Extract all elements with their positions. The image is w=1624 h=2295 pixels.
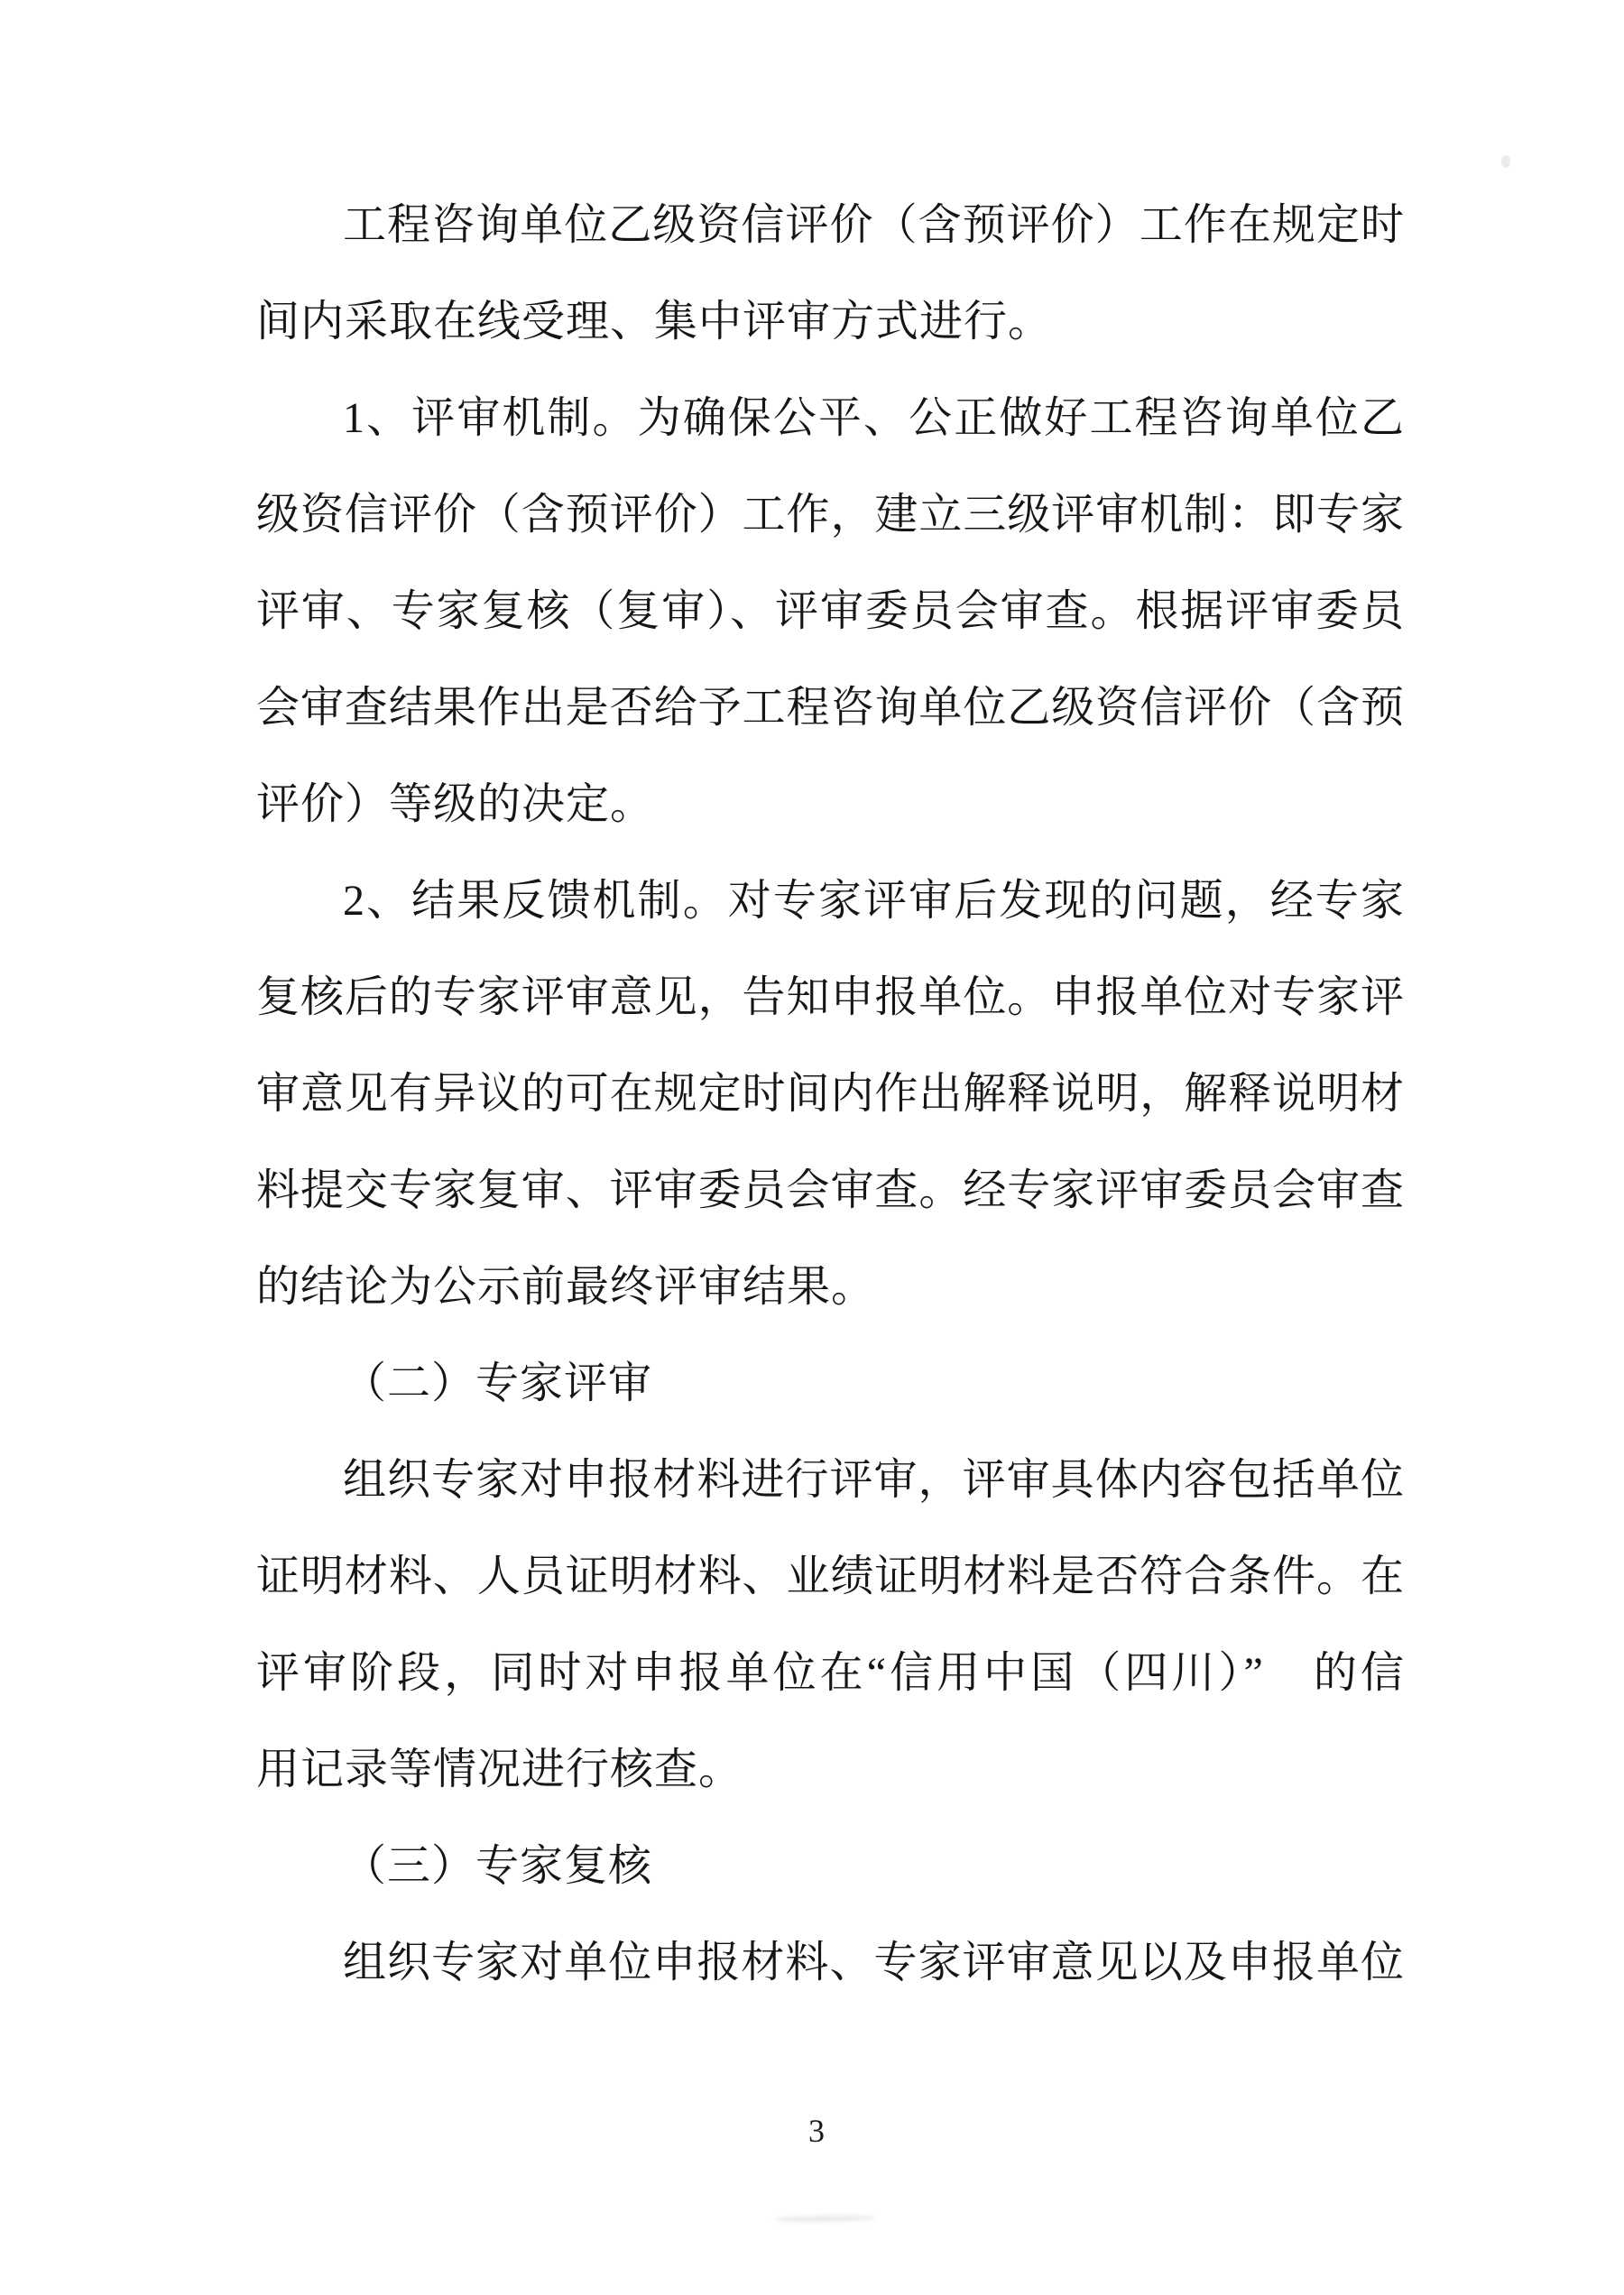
text-line: 料提交专家复审、评审委员会审查。经专家评审委员会审查 bbox=[256, 1142, 1404, 1239]
text-line: 的结论为公示前最终评审结果。 bbox=[256, 1239, 1404, 1335]
text-line: 工程咨询单位乙级资信评价（含预评价）工作在规定时 bbox=[256, 177, 1404, 273]
text-line: 评价）等级的决定。 bbox=[256, 756, 1404, 853]
scan-artifact-smudge bbox=[774, 2215, 875, 2223]
document-body: 工程咨询单位乙级资信评价（含预评价）工作在规定时 间内采取在线受理、集中评审方式… bbox=[256, 177, 1404, 2011]
text-line: 间内采取在线受理、集中评审方式进行。 bbox=[256, 273, 1404, 370]
text-line: 用记录等情况进行核查。 bbox=[256, 1721, 1404, 1818]
text-line: 1、评审机制。为确保公平、公正做好工程咨询单位乙 bbox=[256, 370, 1404, 466]
scan-artifact-speck bbox=[1501, 155, 1510, 168]
page-number: 3 bbox=[0, 2109, 1624, 2152]
text-line: 组织专家对申报材料进行评审，评审具体内容包括单位 bbox=[256, 1432, 1404, 1528]
text-line: 证明材料、人员证明材料、业绩证明材料是否符合条件。在 bbox=[256, 1528, 1404, 1625]
text-line: 级资信评价（含预评价）工作，建立三级评审机制：即专家 bbox=[256, 466, 1404, 563]
section-heading: （三）专家复核 bbox=[256, 1818, 1404, 1914]
text-line: 评审阶段，同时对申报单位在“信用中国（四川）” 的信 bbox=[256, 1625, 1404, 1721]
scanned-document-page: { "document": { "lines": [ "工程咨询单位乙级资信评价… bbox=[0, 0, 1624, 2295]
text-line: 评审、专家复核（复审）、评审委员会审查。根据评审委员 bbox=[256, 563, 1404, 659]
text-line: 复核后的专家评审意见，告知申报单位。申报单位对专家评 bbox=[256, 949, 1404, 1046]
document-page: 工程咨询单位乙级资信评价（含预评价）工作在规定时 间内采取在线受理、集中评审方式… bbox=[0, 0, 1624, 2295]
text-line: 2、结果反馈机制。对专家评审后发现的问题，经专家 bbox=[256, 853, 1404, 949]
text-line: 审意见有异议的可在规定时间内作出解释说明，解释说明材 bbox=[256, 1046, 1404, 1142]
text-line: 会审查结果作出是否给予工程咨询单位乙级资信评价（含预 bbox=[256, 659, 1404, 756]
text-line: 组织专家对单位申报材料、专家评审意见以及申报单位 bbox=[256, 1914, 1404, 2011]
section-heading: （二）专家评审 bbox=[256, 1335, 1404, 1432]
